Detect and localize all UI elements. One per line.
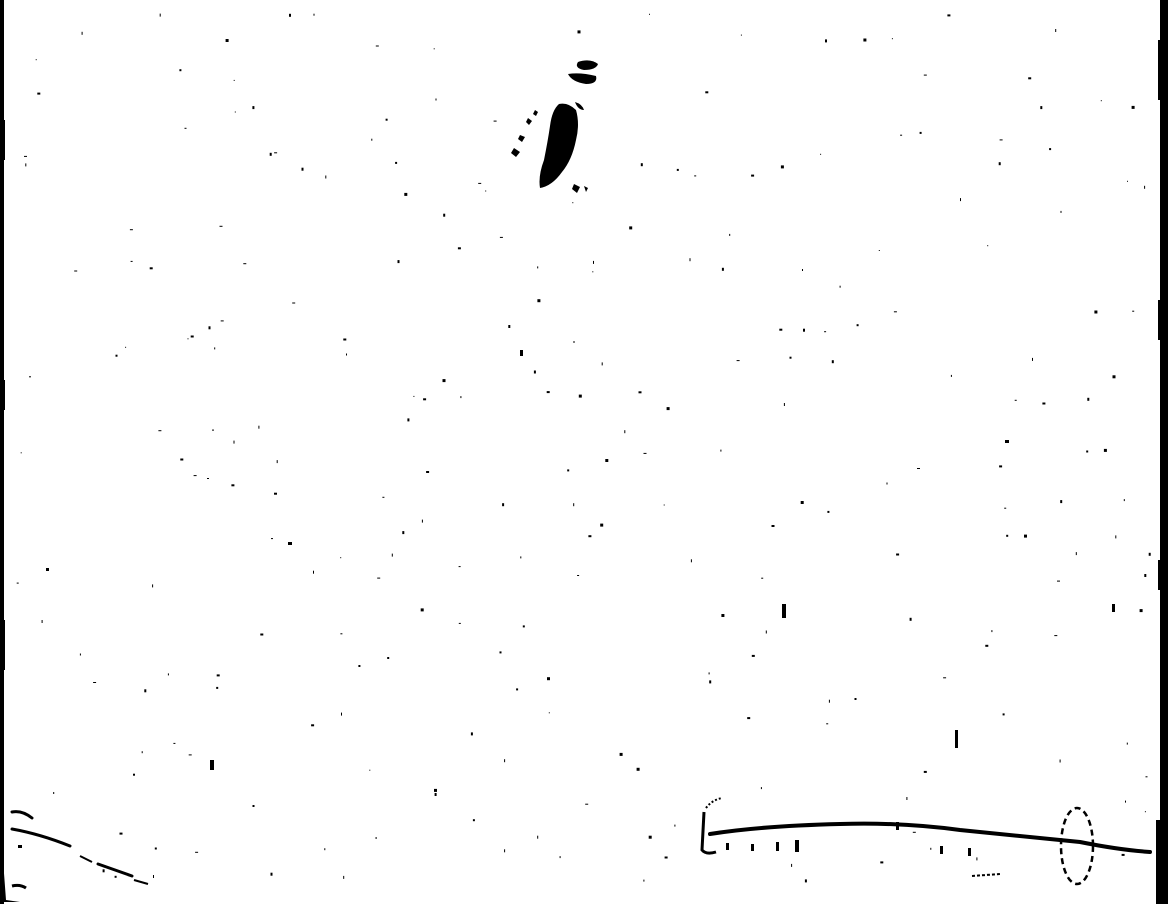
scanned-photo [0, 0, 1168, 904]
